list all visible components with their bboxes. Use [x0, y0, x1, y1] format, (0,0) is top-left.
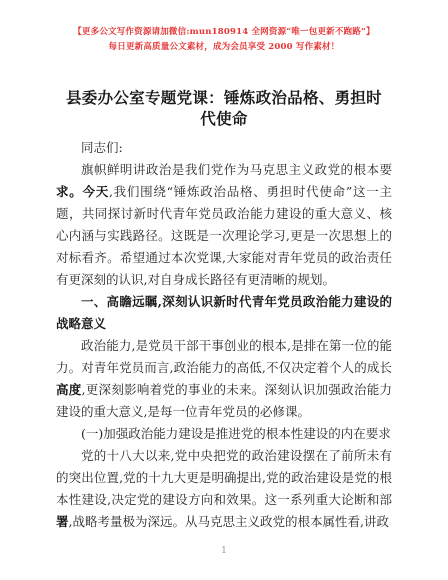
text-run: (一)加强政治能力建设是推进党的根本性建设的内在要求	[81, 426, 391, 441]
paragraph: 党的十八大以来,党中央把党的政治建设摆在了前所未有的突出位置,党的十九大更是明确…	[56, 445, 392, 533]
text-run: 同志们:	[81, 140, 123, 155]
paragraph: 政治能力,是党员干部干事创业的根本,是排在第一位的能力。对青年党员而言,政治能力…	[56, 335, 392, 423]
text-run: ,更深刻影响着党的事业的未来。深刻认识加强政治能力建设的重大意义,是每一位青年党…	[56, 382, 392, 419]
text-run: ,战略考量极为深远。从马克思主义政党的根本属性看,讲政	[69, 514, 389, 529]
document-page: 【更多公文写作资源请加微信:mun180914 全网资源“唯一包更新不跑路”】 …	[0, 0, 448, 580]
paragraph: 旗帜鲜明讲政治是我们党作为马克思主义政党的根本要求。今天,我们围绕“锤炼政治品格…	[56, 159, 392, 291]
document-title: 县委办公室专题党课：锤炼政治品格、勇担时代使命	[63, 88, 385, 130]
text-run: 一、高瞻远瞩,深刻认识新时代青年党员政治能力建设的战略意义	[56, 294, 392, 331]
bold-text: 署	[56, 514, 69, 529]
promo-line-2: 每日更新高质量公文素材，成为会员享受 2000 写作素材！	[0, 40, 448, 55]
promo-header: 【更多公文写作资源请加微信:mun180914 全网资源“唯一包更新不跑路”】 …	[0, 0, 448, 55]
document-body: 同志们:旗帜鲜明讲政治是我们党作为马克思主义政党的根本要求。今天,我们围绕“锤炼…	[56, 137, 392, 533]
paragraph: 同志们:	[56, 137, 392, 159]
text-run: ,我们围绕“锤炼政治品格、勇担时代使命”这一主题，共同探讨新时代青年党员政治能力…	[56, 184, 392, 287]
text-run: 旗帜鲜明讲政治是我们党作为马克思主义政党的根本要	[81, 162, 392, 177]
promo-line-1: 【更多公文写作资源请加微信:mun180914 全网资源“唯一包更新不跑路”】	[0, 25, 448, 40]
text-run: 政治能力,是党员干部干事创业的根本,是排在第一位的能力。对青年党员而言,政治能力…	[56, 338, 392, 375]
page-number: 1	[0, 546, 448, 556]
section-heading: 一、高瞻远瞩,深刻认识新时代青年党员政治能力建设的战略意义	[56, 291, 392, 335]
paragraph: (一)加强政治能力建设是推进党的根本性建设的内在要求	[56, 423, 392, 445]
text-run: 党的十八大以来,党中央把党的政治建设摆在了前所未有的突出位置,党的十九大更是明确…	[56, 448, 392, 507]
bold-text: 求。今天	[56, 184, 109, 199]
bold-text: 高度	[56, 382, 82, 397]
